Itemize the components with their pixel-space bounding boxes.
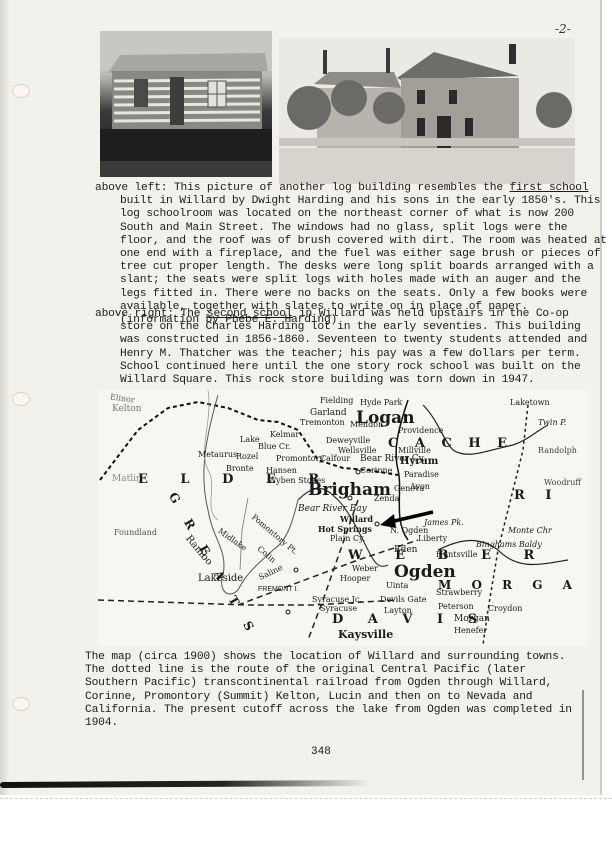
map-label-deweyville: Deweyville — [326, 436, 370, 445]
map-caption: The map (circa 1900) shows the location … — [85, 651, 585, 730]
caption-label: above right: — [95, 308, 174, 320]
map-label-metaurus: Metaurus — [198, 450, 237, 459]
map-label-hyrum: Hyrum — [400, 456, 438, 467]
map-label-james-peak: James Pk. — [424, 518, 464, 527]
map-label-morgan-county: M O R G A N — [438, 578, 588, 592]
map-label-devils-gate: Devils Gate — [380, 595, 427, 604]
map-label-paradise: Paradise — [404, 470, 439, 479]
map-label-syracuse-junction: Syracuse Jc. — [312, 595, 362, 604]
map-label-garland: Garland — [310, 408, 347, 418]
map-label-bear-river-bay: Bear River Bay — [298, 504, 367, 514]
map-label-box-elder-county: E L D E R — [138, 472, 333, 487]
caption-text: The — [174, 308, 207, 320]
map-label-randolph: Randolph — [538, 446, 577, 455]
map-label-davis-county: D A V I S — [332, 612, 487, 627]
map-label-laketown: Laketown — [510, 398, 550, 407]
map-label-peterson: Peterson — [438, 602, 474, 611]
scanned-page: -2- — [0, 0, 602, 795]
map-label-avon: Avon — [410, 482, 430, 491]
punch-hole-bottom — [12, 697, 30, 711]
map-label-foundland: Foundland — [114, 528, 157, 537]
map-label-cache-county: C A C H E — [388, 436, 513, 451]
map-label-corinne: Corinne — [360, 466, 392, 475]
map-label-rich-county: R I — [514, 488, 559, 503]
second-school-underlined: second school — [207, 308, 293, 320]
page-bottom-edge — [0, 798, 612, 801]
page-edge-shadow — [0, 0, 10, 795]
log-building-illustration — [100, 31, 272, 177]
map-label-promontory: Promontory — [276, 454, 324, 463]
map-label-fielding: Fielding — [320, 396, 353, 405]
log-building-photo — [100, 31, 272, 177]
caption-above-right: above right: The second school in Willar… — [95, 308, 605, 387]
map-label-wellsville: Wellsville — [338, 446, 376, 455]
caption-above-left: above left: This picture of another log … — [95, 182, 610, 327]
map-label-uinta: Uinta — [386, 581, 408, 590]
map-label-twin-peaks: Twin P. — [538, 418, 566, 427]
map-label-providence: Providence — [398, 426, 443, 435]
map-label-croydon: Croydon — [488, 604, 522, 613]
map-label-hooper: Hooper — [340, 574, 370, 583]
punch-hole-middle — [12, 392, 30, 406]
caption-label: above left: — [95, 182, 167, 194]
punch-hole-top — [12, 84, 30, 98]
map-label-weber: Weber — [352, 564, 378, 573]
map-label-hyde-park: Hyde Park — [360, 398, 402, 407]
map-label-hot-springs: Hot Springs — [318, 524, 372, 534]
map-label-henefer: Henefer — [454, 626, 487, 635]
map-label-tremonton: Tremonton — [300, 418, 345, 427]
caption-text: built in Willard by Dwight Harding and h… — [120, 195, 607, 326]
page-number: 348 — [311, 746, 331, 758]
map-label-weber-county: W E B E R — [348, 548, 548, 563]
map-label-monte-cristo: Monte Chr — [508, 526, 552, 535]
map-label-blue-creek: Blue Cr. — [258, 442, 290, 451]
map-label-liberty: Liberty — [418, 534, 447, 543]
map-label-kaysville: Kaysville — [338, 628, 393, 641]
map-label-kelton: Kelton — [112, 404, 142, 414]
caption-text: This picture of another log building res… — [167, 182, 509, 194]
map-label-calfour: Calfour — [320, 454, 350, 463]
map-label-plain-city: Plain Cy. — [330, 534, 365, 543]
map-label-kelmar: Kelmar — [270, 430, 299, 439]
map-label-lake: Lake — [240, 435, 260, 444]
map-label-woodruff: Woodruff — [544, 478, 581, 487]
first-school-underlined: first school — [510, 182, 589, 194]
map-label-mendon: Mendon — [350, 420, 383, 429]
coop-store-photo — [279, 38, 575, 184]
map-label-rozel: Rozel — [236, 452, 258, 461]
map-label-willard: Willard — [340, 514, 373, 524]
handwritten-page-mark: -2- — [555, 22, 571, 36]
coop-store-illustration — [279, 38, 575, 184]
historical-map: Elinor Kelton Matlin Foundland Lakeside … — [98, 390, 588, 645]
map-label-fremont-island: FREMONT I. — [258, 586, 298, 593]
map-label-zenda: Zenda — [374, 494, 399, 503]
